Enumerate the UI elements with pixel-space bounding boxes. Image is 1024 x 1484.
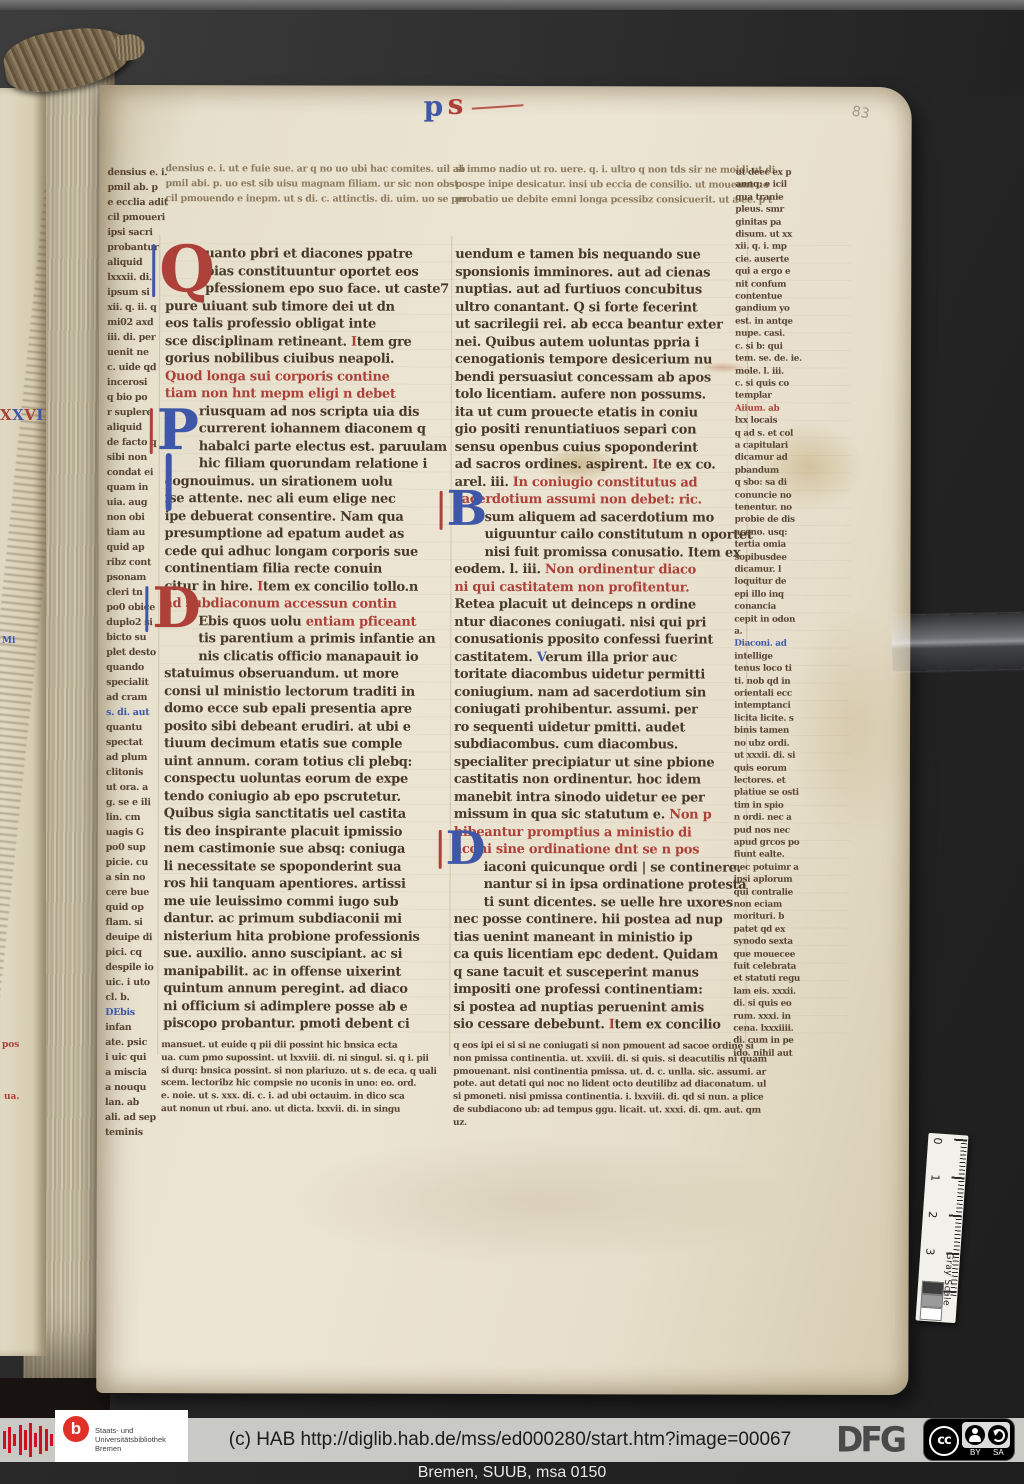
text-line: ita ut cum prouecte etatis in coniu (455, 403, 747, 421)
text-line: sacerdotium assumi non debet: ric. (455, 491, 747, 509)
text-line: nec posse continere. hii postea ad nup (454, 911, 746, 929)
text-line: currerent iohannem diaconem q (165, 420, 457, 438)
gloss-line: incerosi (107, 375, 161, 390)
gloss-line: uenit ne (107, 345, 161, 360)
gloss-line: pud nos nec (734, 824, 804, 837)
image-caption: Bremen, SUUB, msa 0150 (0, 1462, 1024, 1484)
gloss-line: uagis G (106, 825, 160, 840)
gloss-line: q bio po (107, 390, 161, 405)
gloss-line: rum. xxxi. in (733, 1010, 803, 1023)
gloss-line: uz. (453, 1117, 823, 1131)
text-line: ise attente. nec ali eum elige nec (165, 490, 457, 508)
gloss-line: intellige (734, 650, 804, 663)
gloss-line: de subdiacono ub: ad tempus ggu. licait.… (453, 1104, 823, 1118)
gloss-line: tertia omia (734, 539, 804, 552)
text-line: toritate diacombus uidetur permitti (454, 666, 746, 684)
text-line: cenogationis tempore desicerium nu (455, 351, 747, 369)
text-line: li necessitate se spoponderint sua (164, 858, 456, 876)
text-line: eodem. l. iii. Non ordinentur diaco (454, 561, 746, 579)
gloss-line: tenentur. no (735, 502, 805, 515)
text-line: uendum e tamen bis nequando sue (455, 246, 747, 264)
text-line: nisterium hita probione professionis (163, 928, 455, 946)
text-line: missum in qua sic statutum e. Non p (454, 806, 746, 824)
gloss-line: fiunt ealte. (734, 849, 804, 862)
text-line: dantur. ac primum subdiaconii mi (164, 910, 456, 928)
text-line: nuptias. aut ad furtiuos concubitus (455, 281, 747, 299)
gloss-line: loquitur de (734, 576, 804, 589)
gloss-line: si immo nadio ut ro. uere. q. i. ultro q… (455, 162, 775, 178)
gloss-line: cil pmouendo e inepm. ut s di. c. attinc… (165, 191, 468, 207)
gloss-line: conancia (734, 601, 804, 614)
text-line: nem castimonie sue absq: coniuga (164, 840, 456, 858)
gloss-line: xii. q. ii. q (107, 300, 161, 315)
library-name-line: Universitätsbibliothek (95, 1435, 166, 1444)
gloss-line: gandium yo (735, 303, 805, 316)
gloss-line: ut deec ex p (735, 167, 805, 180)
illuminated-initial-b: B (447, 488, 488, 531)
text-line: castitatis non ordinentur. hoc idem (454, 771, 746, 789)
gloss-line: platiue se osti (734, 787, 804, 800)
gloss-line: quam in (107, 480, 161, 495)
text-line: uiguuntur cailo constitutum n oportet (455, 526, 747, 544)
text-line: ipe debuerat consentire. Nam qua (165, 508, 457, 526)
gloss-line: non pmissa continentia. ut. xxviii. di. … (453, 1053, 823, 1067)
gloss-line: ipsi aplorum (734, 874, 804, 887)
text-line: ad subdiaconum accessun contin (164, 595, 456, 613)
gloss-line: dicamur. l (734, 564, 804, 577)
header-flourish (472, 104, 524, 109)
text-line: ni officium si adimplere posse ab e (163, 998, 455, 1016)
library-name: Staats- undUniversitätsbibliothekBremen (95, 1426, 166, 1453)
illuminated-initial-d: D (446, 828, 486, 869)
gloss-line: cil pmoueri (107, 210, 161, 225)
gloss-line: a nouqu (105, 1080, 159, 1095)
gloss-line: tiam au (107, 525, 161, 540)
gloss-line: ua. cum pmo supossint. ut lxxviii. di. n… (161, 1052, 461, 1066)
gloss-line: pmil ab. p (107, 180, 161, 195)
previous-page-text-fragment: pos (2, 1040, 19, 1050)
text-line: sio cessare debebunt. Item ex concilio (453, 1016, 745, 1034)
gloss-line: a capitulari (735, 440, 805, 453)
text-line: posito sibi debeant erudiri. at ubi e (164, 718, 456, 736)
dfg-logo: DFG (836, 1419, 904, 1460)
gloss-line: n ordi. nec a (734, 812, 804, 825)
gloss-line: pleus. smr (735, 204, 805, 217)
gloss-line: ate. psic (105, 1035, 159, 1050)
gloss-line: quid ap (106, 540, 160, 555)
gloss-line: di. si quis eo (733, 998, 803, 1011)
gloss-line: non eciam (734, 899, 804, 912)
gloss-line: a. (734, 626, 804, 639)
text-line: cognouimus. un sirationem uolu (165, 473, 457, 491)
gloss-line: i uic qui (105, 1050, 159, 1065)
text-line: gio positi renuntiatiuos separi con (455, 421, 747, 439)
previous-page-text-fragment: ua. (4, 1092, 20, 1102)
gloss-line: lan. ab (105, 1095, 159, 1110)
text-line: coniugium. nam ad sacerdotium sin (454, 683, 746, 701)
text-line: subdiacombus. cum diacombus. (454, 736, 746, 754)
main-text-column-1: uanto pbri et diacones ppatrebias consti… (163, 245, 457, 1033)
gloss-line: patet qd ex (733, 923, 803, 936)
gloss-line: e. noie. ut s. xxx. di. c. i. ad ubi oct… (161, 1090, 461, 1104)
main-text-column-2: uendum e tamen bis nequando suesponsioni… (453, 246, 747, 1034)
text-line: ca quis licentiam epc dedent. Quidam (453, 946, 745, 964)
ruler-number: 1 (929, 1174, 942, 1187)
text-line: Ebis quos uolu entiam pficeant (164, 613, 456, 631)
photo-of-manuscript: XXVIII Miposua. p s 83 densius e. i. ut … (0, 0, 1024, 1484)
gloss-line: epi illo inq (734, 588, 804, 601)
gloss-line: tenus loco ti (734, 663, 804, 676)
ruler-number: 0 (931, 1137, 944, 1150)
gloss-line: plet desto (106, 645, 160, 660)
text-line: nei. Quibus autem uoluntas ppria i (455, 333, 747, 351)
text-line: q sane tacuit et susceperint manus (453, 963, 745, 981)
gloss-line: acono. usq: (735, 526, 805, 539)
text-line: ultro conantant. Q si forte fecerint (455, 298, 747, 316)
header-mark-blue: p (424, 90, 444, 123)
text-line: gorius nobilibus ciuibus neapoli. (165, 350, 457, 368)
text-line: cede qui adhuc longam corporis sue (164, 543, 456, 561)
gloss-line: c. uide qd (107, 360, 161, 375)
manuscript-page: p s 83 densius e. i. ut e fuie sue. ar q… (96, 85, 911, 1395)
gloss-line: deuipe di (105, 930, 159, 945)
previous-page-chapter-numeral: XXVIII (0, 406, 46, 424)
gloss-line: si pmoneti. nisi pmissa continentia. i. … (453, 1091, 823, 1105)
gloss-line: disum. ut xx (735, 229, 805, 242)
gloss-line: flam. si (106, 915, 160, 930)
text-line: hic filiam quorundam relatione i (165, 455, 457, 473)
gloss-line: uic. i uto (105, 975, 159, 990)
text-line: Quod longa sui corporis contine (165, 368, 457, 386)
gloss-line: q eos ipi ei si si ne coniugati si non p… (453, 1040, 823, 1054)
cc-sa-arrow-icon (988, 1425, 1008, 1445)
gloss-line: pospe inipe desicatur. insi ub eccia de … (455, 177, 775, 193)
gloss-line: quando (106, 660, 160, 675)
ruler-number: 2 (926, 1211, 939, 1224)
gloss-line: quantu (106, 720, 160, 735)
library-name-line: Staats- und (95, 1426, 166, 1435)
gloss-line: binis tamen (734, 725, 804, 738)
text-line: nis clicatis officio manapauit io (164, 648, 456, 666)
text-line: tis parentium a primis infantie an (164, 630, 456, 648)
gloss-line: g. se e ili (106, 795, 160, 810)
text-line: hibeantur promptius a ministio di (454, 823, 746, 841)
text-line: nisi fuit promissa conusatio. Item ex (454, 543, 746, 561)
gloss-line: sopibusdee (734, 551, 804, 564)
gloss-line: ali. ad sep (105, 1110, 159, 1125)
gloss-line: aut nonun ut rbui. ano. ut dicta. lxxvii… (161, 1103, 461, 1117)
background-top-strip (0, 0, 1024, 10)
gloss-line: ginitas pa (735, 216, 805, 229)
gloss-line: cepit in odon (734, 613, 804, 626)
gloss-line: lam eis. xxxii. (733, 985, 803, 998)
gloss-line: morituri. b (734, 911, 804, 924)
gloss-line: cie. auserte (735, 253, 805, 266)
text-line: riusquam ad nos scripta uia dis (165, 403, 457, 421)
gloss-line: lin. cm (106, 810, 160, 825)
text-line: ro sequenti uidetur pmitti. audet (454, 718, 746, 736)
illuminated-initial-q: Q (159, 241, 215, 299)
gloss-line: est. in antqe (735, 315, 805, 328)
text-line: sponsionis imminores. aut ad cienas (455, 263, 747, 281)
gloss-line: et statuti regu (733, 973, 803, 986)
gloss-line: condat ei (107, 465, 161, 480)
folio-number: 83 (850, 103, 870, 122)
text-line: conusationis pposito confessi fuerint (454, 631, 746, 649)
gloss-line: xii. q. i. mp (735, 241, 805, 254)
cc-by-person-icon (965, 1425, 985, 1445)
gloss-line: probie de dis (735, 514, 805, 527)
illuminated-initial-p: P (157, 405, 199, 456)
text-line: si postea ad nuptias peruenint amis (453, 998, 745, 1016)
copyright-text: (c) HAB http://diglib.hab.de/mss/ed00028… (190, 1418, 830, 1462)
gloss-line: c. si b: qui (735, 340, 805, 353)
gloss-line: despile io (105, 960, 159, 975)
gloss-line: ut xxxii. di. si (734, 750, 804, 763)
cc-icon-panel (962, 1422, 1010, 1448)
text-line: iaconi quicunque ordi | se continere. (454, 858, 746, 876)
bottom-gloss-right: q eos ipi ei si si ne coniugati si non p… (453, 1040, 823, 1131)
cc-sa-label: SA (993, 1448, 1004, 1457)
gloss-line: uia. aug (107, 495, 161, 510)
gloss-line: dicamur ad (735, 452, 805, 465)
gloss-line: cl. b. (105, 990, 159, 1005)
text-line: consi ul ministio lectorum traditi in (164, 683, 456, 701)
text-line: sce disciplinam retineant. Item gre (165, 333, 457, 351)
gloss-line: mi02 axd (107, 315, 161, 330)
gloss-line: q ad s. et col (735, 427, 805, 440)
gloss-line: templar (735, 390, 805, 403)
gloss-line: densius e. i. (107, 165, 161, 180)
gloss-line: iii. di. per (107, 330, 161, 345)
gloss-line: quis eorum (734, 762, 804, 775)
gloss-line: cere bue (106, 885, 160, 900)
gloss-line: nit confum (735, 278, 805, 291)
stain (277, 1135, 797, 1266)
gloss-line: e ecclia adit (107, 195, 161, 210)
gloss-line: nupe. casi. (735, 328, 805, 341)
gloss-line: ut ora. a (106, 780, 160, 795)
gloss-line: tim in spio (734, 799, 804, 812)
gloss-line: s. di. aut (106, 705, 160, 720)
text-line: tendo coniugio ab epo pscrutetur. (164, 788, 456, 806)
gloss-line: mansuet. ut euide q pii dii possint hic … (161, 1039, 461, 1053)
text-line: ros hii tanquam apentiores. artissi (164, 875, 456, 893)
gloss-line: picie. cu (106, 855, 160, 870)
gloss-line: lxx locais (735, 415, 805, 428)
text-line: continentiam filia recte conuin (164, 560, 456, 578)
gloss-line: pote. aut detati qui noc no lident octo … (453, 1078, 823, 1092)
gloss-line: teminis (105, 1125, 159, 1140)
text-line: manipabilit. ac in offense uixerint (163, 963, 455, 981)
gloss-line: clitonis (106, 765, 160, 780)
right-gloss-column: ut deec ex pannq: e icilqua traniepleus.… (733, 167, 805, 1060)
library-logo-block: b Staats- undUniversitätsbibliothekBreme… (55, 1410, 188, 1462)
gloss-line: Aiium. ab (735, 402, 805, 415)
text-line: habalci parte electus est. paruulam (165, 438, 457, 456)
cc-license-badge: cc BY SA (924, 1419, 1014, 1460)
gloss-line: nec potuimr a (734, 861, 804, 874)
gloss-line: qui a ergo e (735, 266, 805, 279)
text-line: quintum annum peregint. ad diaco (163, 980, 455, 998)
gloss-line: pmil abi. p. uo est sib uisu magnam fili… (165, 176, 468, 192)
gloss-line: q sbo: sa di (735, 477, 805, 490)
text-line: aconi sine ordinatione dnt se n pos (454, 841, 746, 859)
gloss-line: conuncie no (735, 489, 805, 502)
header-mark-red: s (448, 88, 464, 121)
gloss-line: non obi (107, 510, 161, 525)
top-gloss-column-2: si immo nadio ut ro. uere. q. i. ultro q… (455, 162, 775, 208)
footer-bar: b Staats- undUniversitätsbibliothekBreme… (0, 1418, 1024, 1462)
gloss-line: c. si quis co (735, 378, 805, 391)
gloss-line: po0 sup (106, 840, 160, 855)
top-gloss-column-1: densius e. i. ut e fuie sue. ar q no uo … (165, 161, 468, 207)
gloss-line: ti. nob qd in (734, 675, 804, 688)
text-line: specialiter precipiatur ut sine pbione (454, 753, 746, 771)
text-line: manebit intra sinodo uidetur ee per (454, 788, 746, 806)
gloss-line: densius e. i. ut e fuie sue. ar q no uo … (165, 161, 468, 177)
gloss-line: fuit celebrata (733, 961, 803, 974)
text-line: tiam non hnt mepm eligi n debet (165, 385, 457, 403)
gloss-line: tem. se. de. ie. (735, 353, 805, 366)
text-line: domo ecce sub epali presentia apre (164, 700, 456, 718)
bottom-gloss-left: mansuet. ut euide q pii dii possint hic … (161, 1039, 461, 1117)
gloss-line: spectat (106, 735, 160, 750)
gloss-line: lectores. et (734, 775, 804, 788)
text-line: sensu openbus cuius spoponderint (455, 438, 747, 456)
gloss-line: specialit (106, 675, 160, 690)
text-line: statuimus obseruandum. ut more (164, 665, 456, 683)
text-line: ntur diacones coniugati. nisi qui pri (454, 613, 746, 631)
text-line: tias uenint maneant in ministio ip (453, 928, 745, 946)
text-line: coniugati prohibentur. assumi. per (454, 701, 746, 719)
library-b-logo: b (63, 1416, 89, 1442)
illuminated-initial-d: D (152, 583, 201, 634)
text-line: castitatem. Verum illa prior auc (454, 648, 746, 666)
gloss-line: Diaconi. ad (734, 638, 804, 651)
gloss-line: intemptanci (734, 700, 804, 713)
gloss-line: qui contralie (734, 886, 804, 899)
gloss-line: a miscia (105, 1065, 159, 1080)
gloss-line: ad plum (106, 750, 160, 765)
text-line: impositi one professi continentiam: (453, 981, 745, 999)
grayscale-ruler: 01234 Gray Scale (915, 1133, 968, 1323)
text-line: me uie leuissimo commi iugo sub (164, 893, 456, 911)
gloss-line: no ubz ordi. (734, 737, 804, 750)
text-line: Quibus sigia sanctitatis uel castita (164, 805, 456, 823)
gloss-line: pici. cq (105, 945, 159, 960)
gloss-line: pbandum (735, 464, 805, 477)
cc-by-label: BY (970, 1448, 981, 1457)
gloss-line: apud grcos po (734, 837, 804, 850)
gloss-line: cena. lxxxiiii. (733, 1023, 803, 1036)
text-line: eos talis professio obligat inte (165, 315, 457, 333)
gloss-line: licita licite. s (734, 712, 804, 725)
gloss-line: mole. l. iii. (735, 365, 805, 378)
gloss-line: si durq: bnsica possint. si non plariuzo… (161, 1065, 461, 1079)
gloss-line: ad cram (106, 690, 160, 705)
gloss-line: qua tranie (735, 191, 805, 204)
text-line: ad sacros ordines. aspirent. Ite ex co. (455, 456, 747, 474)
cc-logo-icon: cc (929, 1426, 959, 1456)
text-line: citur in hire. Item ex concilio tollo.n (164, 578, 456, 596)
gloss-line: orientali ecc (734, 688, 804, 701)
text-line: tiuum decimum etatis sue comple (164, 735, 456, 753)
text-line: ni qui castitatem non profitentur. (454, 578, 746, 596)
library-name-line: Bremen (95, 1444, 166, 1453)
library-bars-logo (2, 1418, 54, 1462)
text-line: conspectu uoluntas eorum de expe (164, 770, 456, 788)
text-line: presumptione ad epatum audet as (165, 525, 457, 543)
previous-page-text-fragment: Mi (2, 636, 15, 646)
left-gloss-column: densius e. i.pmil ab. pe ecclia aditcil … (105, 165, 162, 1140)
gloss-line: contentue (735, 291, 805, 304)
gloss-line: ribz cont (106, 555, 160, 570)
text-line: ti sunt dicentes. se uelle hre uxores (454, 893, 746, 911)
text-line: tis deo inspirante placuit ipmissio (164, 823, 456, 841)
grayscale-patches (920, 1281, 943, 1321)
gloss-line: annq: e icil (735, 179, 805, 192)
background-shading (0, 10, 1024, 95)
page-holder-strip (891, 613, 1024, 672)
text-line: Retea placuit ut deinceps n ordine (454, 596, 746, 614)
text-line: bendi persuasiut concessam ab apos (455, 368, 747, 386)
gloss-line: que mouecee (733, 948, 803, 961)
text-line: ut sacrilegii rei. ab ecca beantur exter (455, 316, 747, 334)
gloss-line: ipsi sacri (107, 225, 161, 240)
text-line: arel. iii. In coniugio constitutus ad (455, 473, 747, 491)
ruler-number: 3 (924, 1248, 937, 1261)
gloss-line: synodo sexta (733, 936, 803, 949)
gloss-line: scem. lectoribz hic compsie no uconis in… (161, 1077, 461, 1091)
text-line: uint annum. coram totius cli plebq: (164, 753, 456, 771)
gloss-line: quid op (106, 900, 160, 915)
text-line: sum aliquem ad sacerdotium mo (455, 508, 747, 526)
previous-page-text-texture (0, 107, 46, 1086)
previous-page-sliver: XXVIII Miposua. (0, 88, 46, 1356)
gloss-line: infan (105, 1020, 159, 1035)
gloss-line: pmouenant. nisi continentia pmissa. ut. … (453, 1065, 823, 1079)
gloss-line: a sin no (106, 870, 160, 885)
gloss-line: DEbis (105, 1005, 159, 1020)
text-line: nantur si in ipsa ordinatione protesta (454, 876, 746, 894)
gloss-line: probatio ue debite emni longa pcessibz c… (455, 192, 775, 208)
text-line: piscopo probantur. pmoti debent ci (163, 1015, 455, 1033)
text-line: tolo licentiam. aufere non possums. (455, 386, 747, 404)
text-line: sue. auxilio. anno suscipiant. ac si (163, 945, 455, 963)
